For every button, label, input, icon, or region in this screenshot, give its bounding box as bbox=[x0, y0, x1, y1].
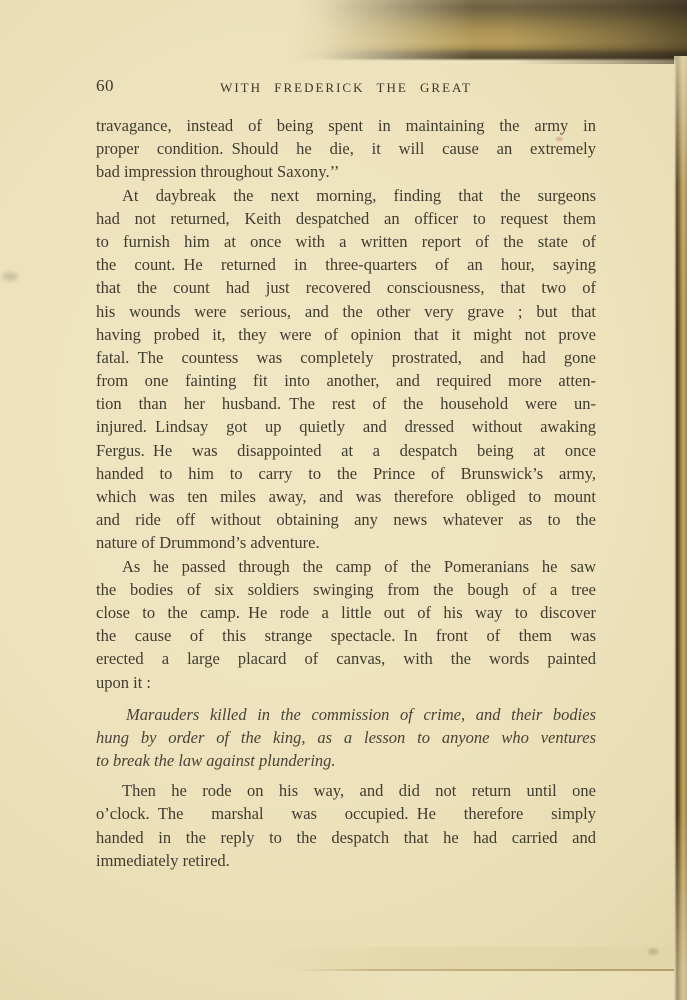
text-line: Marauders killed in the commission of cr… bbox=[96, 703, 596, 726]
paper-blemish bbox=[2, 272, 18, 281]
text-line: had not returned, Keith despatched an of… bbox=[96, 207, 596, 230]
scan-bottom-underpage bbox=[293, 971, 674, 1000]
text-line: As he passed through the camp of the Pom… bbox=[96, 555, 596, 578]
text-line: to furnish him at once with a written re… bbox=[96, 230, 596, 253]
text-line: o’clock. The marshal was occupied. He th… bbox=[96, 802, 596, 825]
paper-blemish bbox=[648, 948, 658, 955]
text-line: and ride off without obtaining any news … bbox=[96, 508, 596, 531]
text-line: injured. Lindsay got up quietly and dres… bbox=[96, 415, 596, 438]
text-line: travagance, instead of being spent in ma… bbox=[96, 114, 596, 137]
body-paragraph: As he passed through the camp of the Pom… bbox=[96, 555, 596, 694]
text-line: which was ten miles away, and was theref… bbox=[96, 485, 596, 508]
text-line: the cause of this strange spectacle. In … bbox=[96, 624, 596, 647]
text-line: hung by order of the king, as a lesson t… bbox=[96, 726, 596, 749]
text-line: that the count had just recovered consci… bbox=[96, 276, 596, 299]
text-line: fatal. The countess was completely prost… bbox=[96, 346, 596, 369]
text-line: nature of Drummond’s adventure. bbox=[96, 531, 596, 554]
page-number: 60 bbox=[96, 76, 114, 96]
text-line: immediately retired. bbox=[96, 849, 596, 872]
scan-bottom-shading bbox=[255, 947, 674, 969]
text-line: handed in the reply to the despatch that… bbox=[96, 826, 596, 849]
scan-top-edge-shadow bbox=[295, 0, 687, 64]
text-line: having probed it, they were of opinion t… bbox=[96, 323, 596, 346]
text-line: Then he rode on his way, and did not ret… bbox=[96, 779, 596, 802]
text-line: close to the camp. He rode a little out … bbox=[96, 601, 596, 624]
text-line: to break the law against plundering. bbox=[96, 749, 596, 772]
body-paragraph: travagance, instead of being spent in ma… bbox=[96, 114, 596, 184]
text-line: from one fainting fit into another, and … bbox=[96, 369, 596, 392]
text-line: the count. He returned in three-quarters… bbox=[96, 253, 596, 276]
body-paragraph: At daybreak the next morning, finding th… bbox=[96, 184, 596, 555]
text-line: erected a large placard of canvas, with … bbox=[96, 647, 596, 670]
text-line: proper condition. Should he die, it will… bbox=[96, 137, 596, 160]
text-line: his wounds were serious, and the other v… bbox=[96, 300, 596, 323]
text-line: the bodies of six soldiers swinging from… bbox=[96, 578, 596, 601]
body-paragraph: Then he rode on his way, and did not ret… bbox=[96, 779, 596, 872]
text-line: handed to him to carry to the Prince of … bbox=[96, 462, 596, 485]
printed-text-block: 60 WITH FREDERICK THE GREAT travagance, … bbox=[96, 78, 596, 872]
book-page-scan: 60 WITH FREDERICK THE GREAT travagance, … bbox=[0, 0, 687, 1000]
placard-notice-paragraph: Marauders killed in the commission of cr… bbox=[96, 703, 596, 773]
text-line: Fergus. He was disappointed at a despatc… bbox=[96, 439, 596, 462]
page-body: travagance, instead of being spent in ma… bbox=[96, 114, 596, 872]
running-title: WITH FREDERICK THE GREAT bbox=[96, 78, 596, 96]
text-line: tion than her husband. The rest of the h… bbox=[96, 392, 596, 415]
text-line: At daybreak the next morning, finding th… bbox=[96, 184, 596, 207]
text-line: upon it : bbox=[96, 671, 596, 694]
scan-right-page-edge bbox=[674, 56, 687, 1000]
running-head: 60 WITH FREDERICK THE GREAT bbox=[96, 78, 596, 98]
text-line: bad impression throughout Saxony.’’ bbox=[96, 160, 596, 183]
